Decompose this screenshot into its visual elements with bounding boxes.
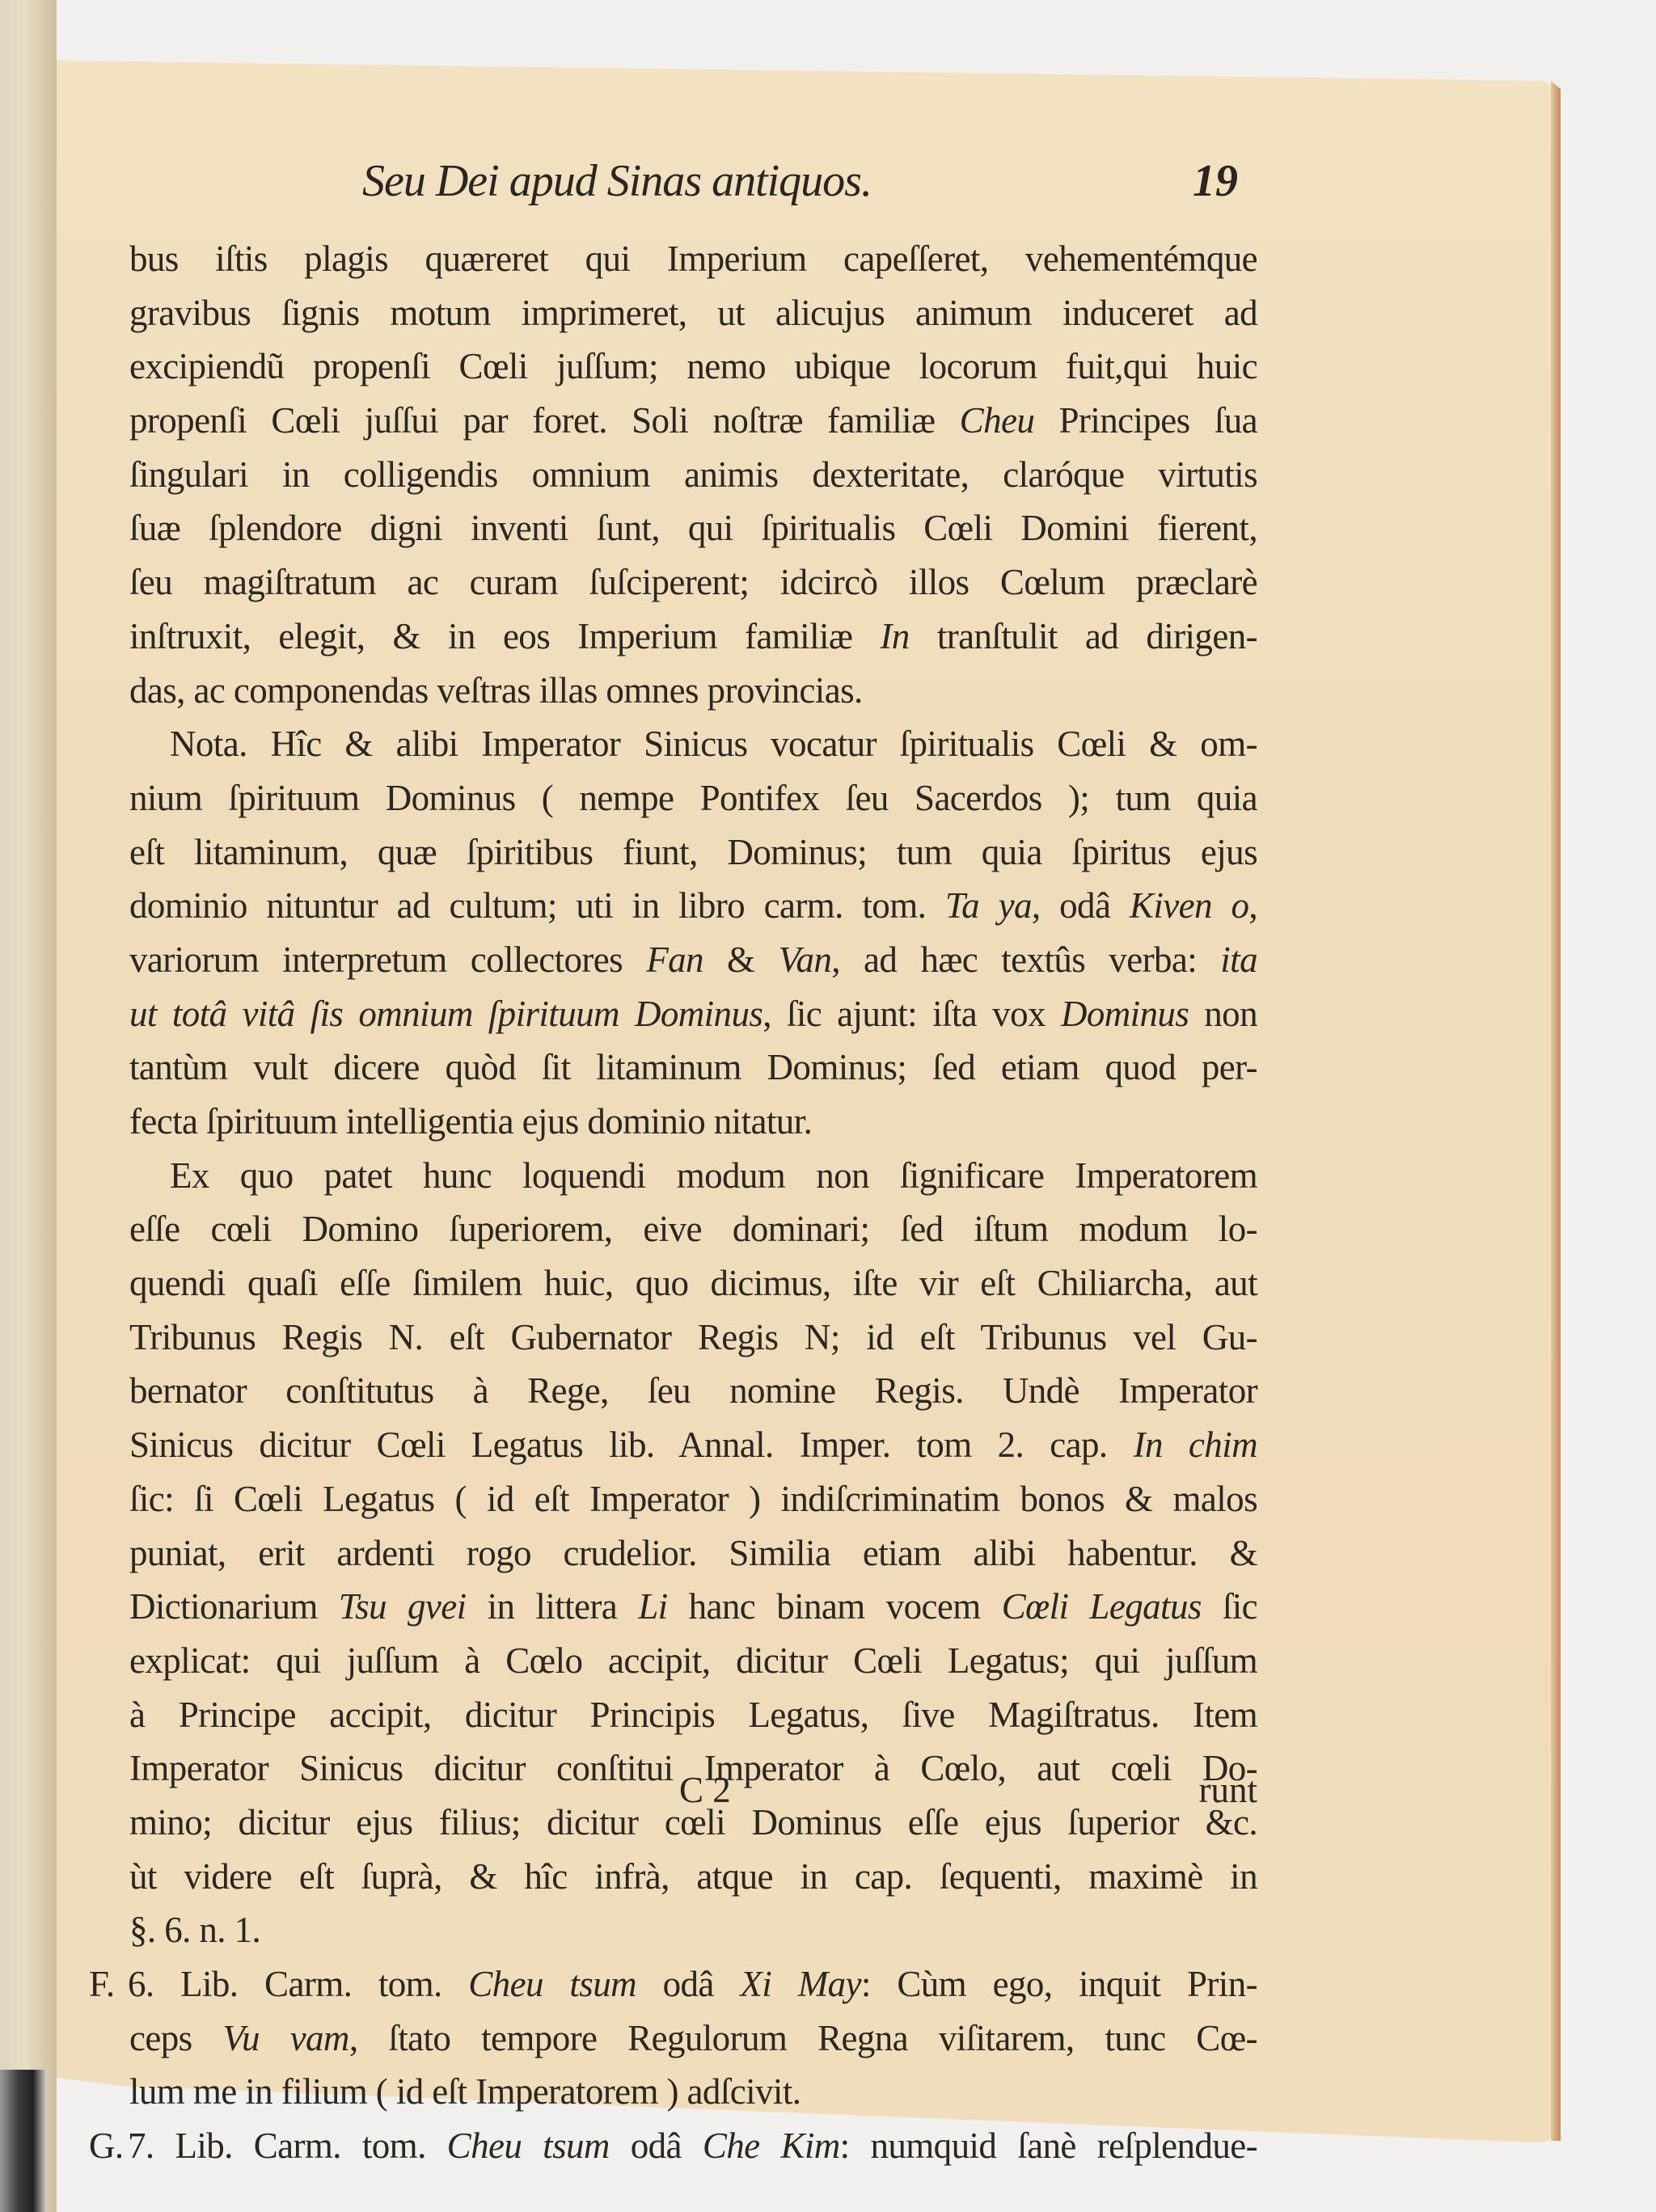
- italic-text: Cœli Legatus: [1002, 1586, 1202, 1627]
- running-head: Seu Dei apud Sinas antiquos.: [362, 155, 872, 207]
- text-segment: Tribunus Regis N. eſt Gubernator Regis N…: [129, 1317, 1257, 1357]
- text-line: variorum interpretum collectores Fan & V…: [129, 943, 1257, 976]
- text-segment: das, ac componendas veſtras illas omnes …: [129, 670, 863, 711]
- text-segment: fecta ſpirituum intelligentia ejus domin…: [129, 1101, 812, 1142]
- text-line: eſt litaminum, quæ ſpiritibus fiunt, Dom…: [129, 836, 1257, 868]
- text-segment: 6. Lib. Carm. tom.: [128, 1964, 468, 2004]
- italic-text: Van: [779, 939, 832, 980]
- text-line: Tribunus Regis N. eſt Gubernator Regis N…: [129, 1321, 1257, 1353]
- text-segment: gravibus ſignis motum imprimeret, ut ali…: [129, 293, 1257, 333]
- text-line: §. 6. n. 1.: [129, 1914, 1257, 1946]
- italic-text: Che Kim: [703, 2125, 840, 2166]
- text-line: dominio nituntur ad cultum; uti in libro…: [129, 889, 1257, 922]
- text-segment: ùt videre eſt ſuprà, & hîc infrà, atque …: [129, 1856, 1257, 1897]
- text-segment: ceps: [129, 2018, 222, 2058]
- text-line: quendi quaſi eſſe ſimilem huic, quo dici…: [129, 1267, 1257, 1299]
- italic-text: Vu vam: [222, 2018, 349, 2058]
- text-line: ceps Vu vam, ſtato tempore Regulorum Reg…: [129, 2022, 1257, 2054]
- text-segment: , ſtato tempore Regulorum Regna viſitare…: [349, 2018, 1257, 2058]
- text-line: puniat, erit ardenti rogo crudelior. Sim…: [129, 1537, 1257, 1569]
- text-line: bernator conſtitutus à Rege, ſeu nomine …: [129, 1374, 1257, 1407]
- italic-text: Dominus: [1061, 994, 1189, 1034]
- text-segment: bernator conſtitutus à Rege, ſeu nomine …: [129, 1370, 1257, 1411]
- text-segment: &: [703, 939, 779, 980]
- italic-text: ita: [1220, 939, 1257, 980]
- text-segment: hanc binam vocem: [668, 1586, 1002, 1627]
- text-segment: : numquid ſanè reſplendue-: [840, 2125, 1257, 2166]
- facing-page-edge: [0, 0, 57, 2212]
- text-segment: eſſe cœli Domino ſuperiorem, eive domina…: [129, 1209, 1257, 1249]
- text-segment: ſuæ ſplendore digni inventi ſunt, qui ſp…: [129, 508, 1257, 548]
- italic-text: Cheu: [960, 400, 1035, 441]
- text-segment: , ſic ajunt: iſta vox: [763, 994, 1061, 1034]
- italic-text: Xi May: [740, 1964, 861, 2004]
- text-segment: quendi quaſi eſſe ſimilem huic, quo dici…: [129, 1263, 1257, 1303]
- text-line: explicat: qui juſſum à Cœlo accipit, dic…: [129, 1644, 1257, 1677]
- text-segment: puniat, erit ardenti rogo crudelior. Sim…: [129, 1533, 1257, 1573]
- text-segment: nium ſpirituum Dominus ( nempe Pontifex …: [129, 778, 1257, 818]
- text-segment: 7. Lib. Carm. tom.: [128, 2125, 447, 2166]
- body-text: bus iſtis plagis quæreret qui Imperium c…: [129, 243, 1257, 2184]
- text-segment: , odâ: [1032, 885, 1130, 926]
- text-segment: tranſtulit ad dirigen-: [910, 616, 1257, 656]
- text-segment: Nota. Hîc & alibi Imperator Sinicus voca…: [170, 724, 1257, 764]
- footnote-line: G.7. Lib. Carm. tom. Cheu tsum odâ Che K…: [129, 2130, 1257, 2162]
- text-line: ſic: ſi Cœli Legatus ( id eſt Imperator …: [129, 1483, 1257, 1515]
- text-segment: bus iſtis plagis quæreret qui Imperium c…: [129, 239, 1257, 279]
- catchword: runt: [1199, 1769, 1258, 1811]
- text-segment: odâ: [610, 2125, 703, 2166]
- text-segment: dominio nituntur ad cultum; uti in libro…: [129, 885, 945, 926]
- text-segment: inſtruxit, elegit, & in eos Imperium fam…: [129, 616, 880, 656]
- text-line: ùt videre eſt ſuprà, & hîc infrà, atque …: [129, 1860, 1257, 1893]
- text-segment: §. 6. n. 1.: [129, 1910, 260, 1950]
- text-segment: , ad hæc textûs verba:: [831, 939, 1220, 980]
- italic-text: In chim: [1134, 1425, 1257, 1465]
- text-segment: Dictionarium: [129, 1586, 339, 1627]
- text-line: ſingulari in colligendis omnium animis d…: [129, 458, 1257, 491]
- text-segment: variorum interpretum collectores: [129, 939, 646, 980]
- text-segment: ,: [1248, 885, 1257, 926]
- text-segment: à Principe accipit, dicitur Principis Le…: [129, 1695, 1257, 1735]
- text-segment: odâ: [636, 1964, 740, 2004]
- text-segment: excipiendũ propenſi Cœli juſſum; nemo ub…: [129, 346, 1257, 386]
- italic-text: Tsu gvei: [339, 1586, 467, 1627]
- footnote-label: G.: [89, 2130, 128, 2162]
- italic-text: ut totâ vitâ ſis omnium ſpirituum Dominu…: [129, 994, 763, 1034]
- italic-text: Ta ya: [945, 885, 1032, 926]
- text-segment: Sinicus dicitur Cœli Legatus lib. Annal.…: [129, 1425, 1134, 1465]
- text-segment: propenſi Cœli juſſui par foret. Soli noſ…: [129, 400, 960, 441]
- text-line: ut totâ vitâ ſis omnium ſpirituum Dominu…: [129, 998, 1257, 1030]
- text-segment: ſingulari in colligendis omnium animis d…: [129, 454, 1257, 495]
- italic-text: Li: [638, 1586, 667, 1627]
- text-segment: ſeu magiſtratum ac curam ſuſciperent; id…: [129, 562, 1257, 602]
- text-line: Ex quo patet hunc loquendi modum non ſig…: [129, 1159, 1257, 1192]
- text-segment: eſt litaminum, quæ ſpiritibus fiunt, Dom…: [129, 832, 1257, 872]
- text-segment: Principes ſua: [1034, 400, 1257, 441]
- text-line: tantùm vult dicere quòd ſit litaminum Do…: [129, 1051, 1257, 1083]
- text-line: nium ſpirituum Dominus ( nempe Pontifex …: [129, 782, 1257, 814]
- text-segment: in littera: [467, 1586, 639, 1627]
- text-line: inſtruxit, elegit, & in eos Imperium fam…: [129, 620, 1257, 652]
- text-segment: lum me in filium ( id eſt Imperatorem ) …: [129, 2071, 801, 2112]
- footnote-label: F.: [89, 1968, 128, 2000]
- italic-text: Cheu tsum: [468, 1964, 636, 2004]
- text-line: ſeu magiſtratum ac curam ſuſciperent; id…: [129, 566, 1257, 598]
- footnote-line: F.6. Lib. Carm. tom. Cheu tsum odâ Xi Ma…: [129, 1968, 1257, 2000]
- text-line: Dictionarium Tsu gvei in littera Li hanc…: [129, 1590, 1257, 1623]
- text-line: Sinicus dicitur Cœli Legatus lib. Annal.…: [129, 1429, 1257, 1461]
- text-line: lum me in filium ( id eſt Imperatorem ) …: [129, 2075, 1257, 2108]
- italic-text: Kiven o: [1130, 885, 1248, 926]
- text-line: Nota. Hîc & alibi Imperator Sinicus voca…: [129, 728, 1257, 760]
- page-number: 19: [1193, 155, 1238, 207]
- page-fore-edge: [1551, 81, 1561, 2141]
- page-footer: C 2 runt: [129, 1769, 1257, 1809]
- italic-text: Fan: [646, 939, 703, 980]
- text-line: fecta ſpirituum intelligentia ejus domin…: [129, 1105, 1257, 1138]
- text-segment: : Cùm ego, inquit Prin-: [861, 1964, 1257, 2004]
- text-segment: explicat: qui juſſum à Cœlo accipit, dic…: [129, 1640, 1257, 1681]
- text-line: das, ac componendas veſtras illas omnes …: [129, 674, 1257, 707]
- text-line: eſſe cœli Domino ſuperiorem, eive domina…: [129, 1213, 1257, 1245]
- italic-text: Cheu tsum: [447, 2125, 610, 2166]
- italic-text: In: [880, 616, 909, 656]
- text-segment: tantùm vult dicere quòd ſit litaminum Do…: [129, 1047, 1257, 1087]
- text-line: bus iſtis plagis quæreret qui Imperium c…: [129, 243, 1257, 275]
- text-line: propenſi Cœli juſſui par foret. Soli noſ…: [129, 404, 1257, 437]
- signature-mark: C 2: [679, 1769, 731, 1811]
- text-segment: ſic: [1202, 1586, 1257, 1627]
- text-line: gravibus ſignis motum imprimeret, ut ali…: [129, 297, 1257, 329]
- text-line: ſuæ ſplendore digni inventi ſunt, qui ſp…: [129, 512, 1257, 544]
- text-line: à Principe accipit, dicitur Principis Le…: [129, 1699, 1257, 1731]
- text-segment: non: [1189, 994, 1257, 1034]
- text-segment: ſic: ſi Cœli Legatus ( id eſt Imperator …: [129, 1479, 1257, 1519]
- text-segment: Ex quo patet hunc loquendi modum non ſig…: [170, 1155, 1257, 1196]
- book-cover-edge: [0, 2070, 47, 2212]
- text-line: excipiendũ propenſi Cœli juſſum; nemo ub…: [129, 350, 1257, 382]
